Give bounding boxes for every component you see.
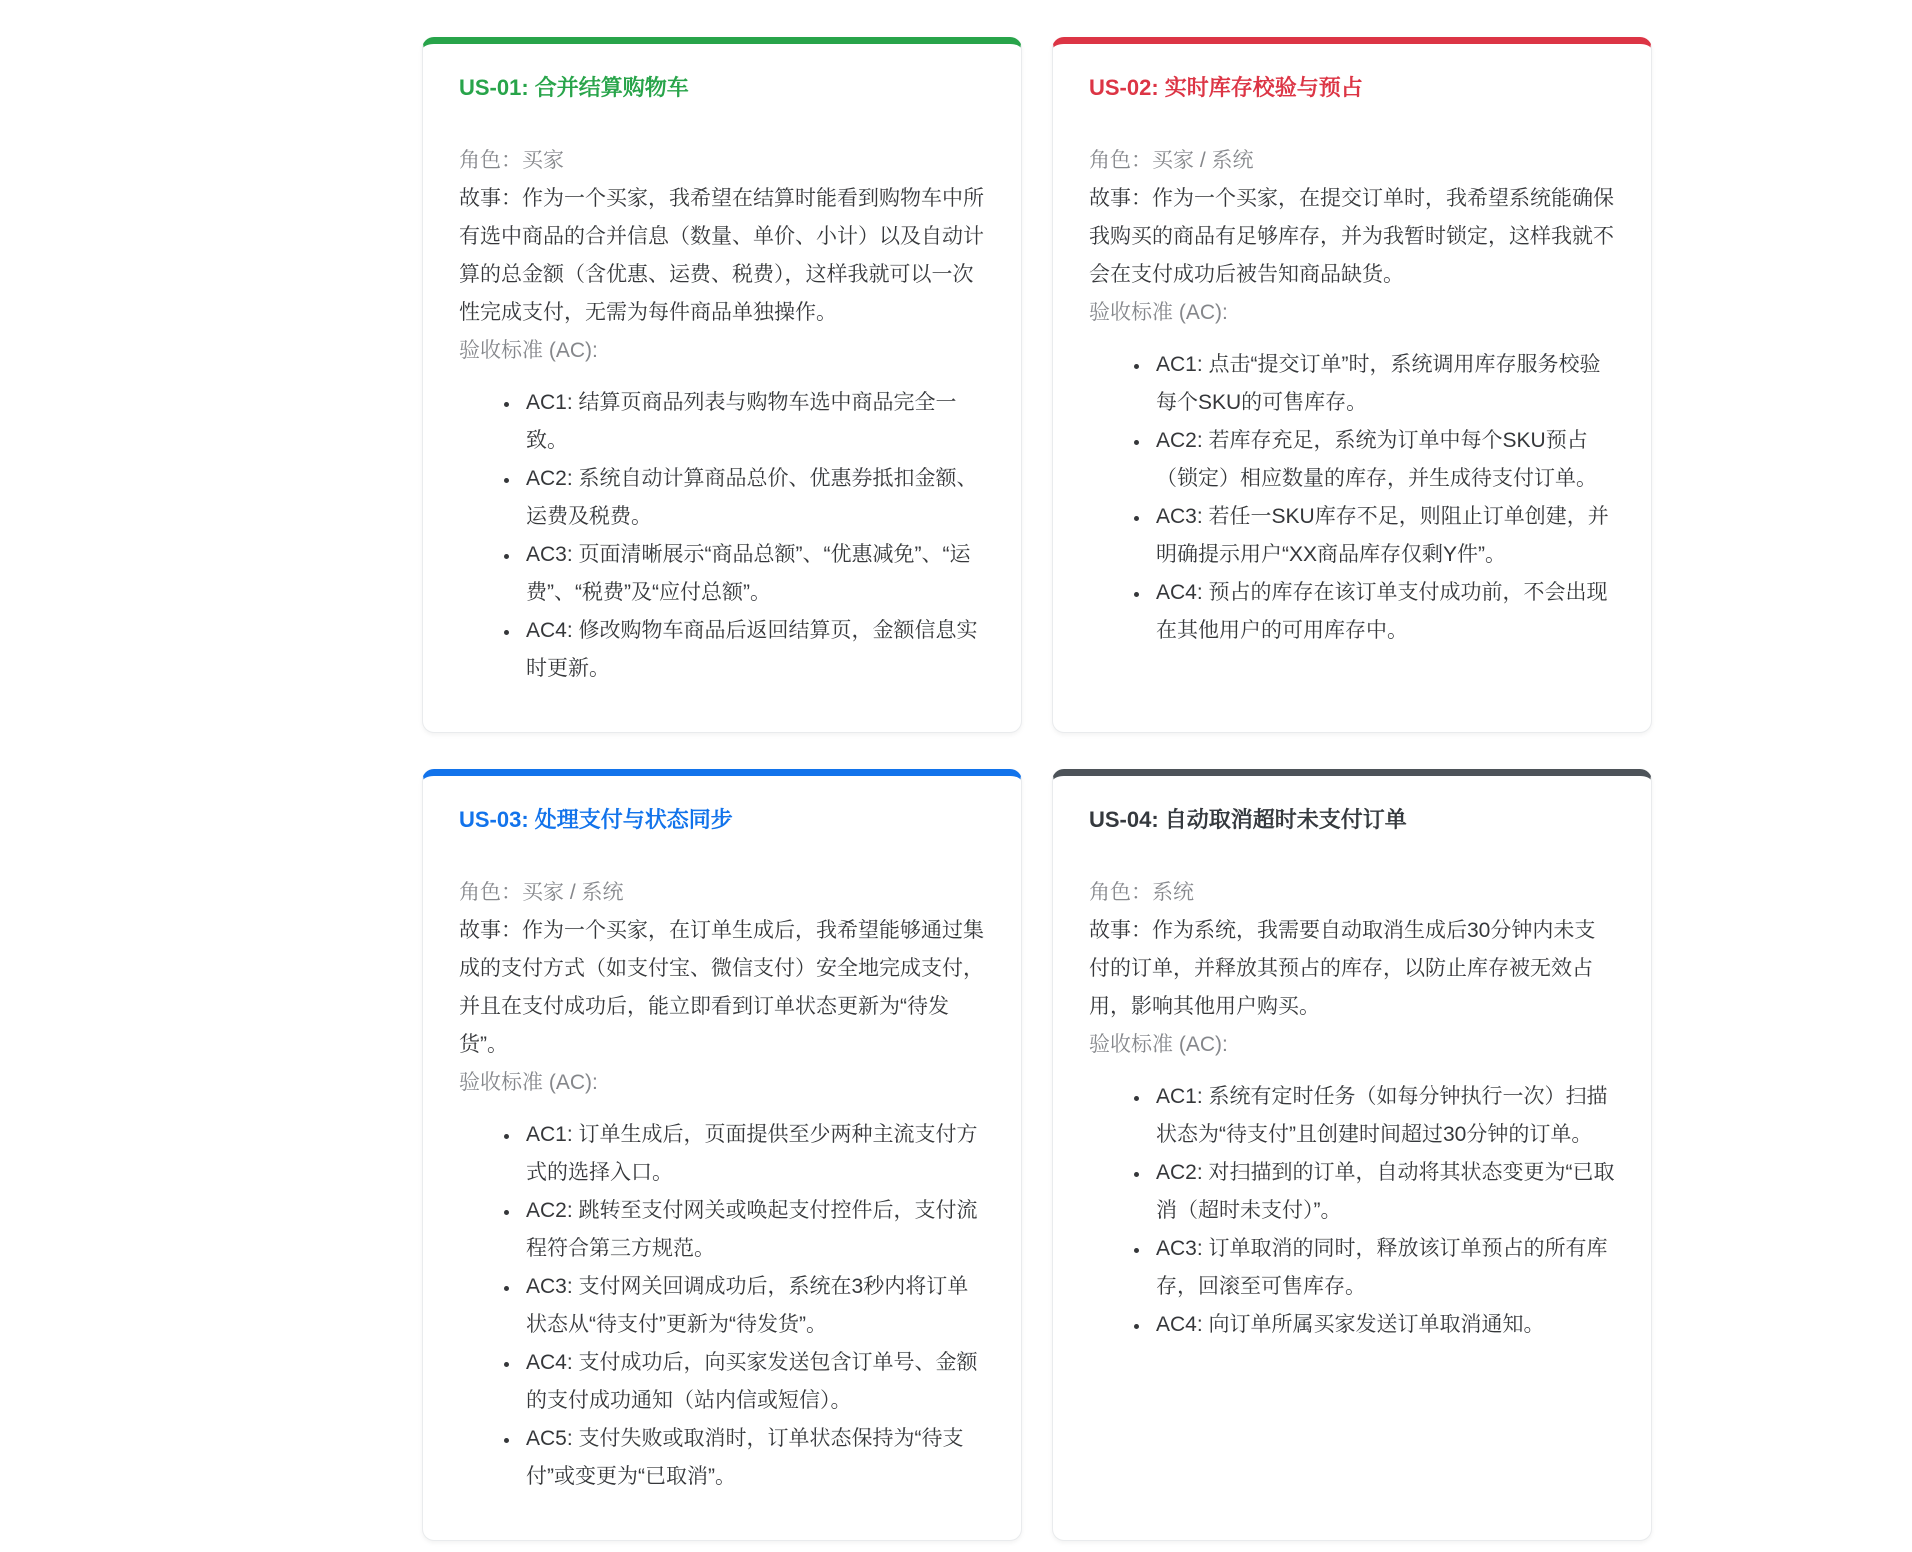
ac-item: AC1: 系统有定时任务（如每分钟执行一次）扫描状态为“待支付”且创建时间超过3… [1151,1078,1615,1154]
story-role: 角色：买家 / 系统 [459,874,985,912]
story-role: 角色：买家 / 系统 [1089,142,1615,180]
story-card-title: US-02: 实时库存校验与预占 [1089,74,1615,102]
ac-item: AC1: 点击“提交订单”时，系统调用库存服务校验每个SKU的可售库存。 [1151,346,1615,422]
ac-item: AC3: 订单取消的同时，释放该订单预占的所有库存，回滚至可售库存。 [1151,1230,1615,1306]
story-role: 角色：买家 [459,142,985,180]
ac-item: AC4: 预占的库存在该订单支付成功前，不会出现在其他用户的可用库存中。 [1151,574,1615,650]
story-role: 角色：系统 [1089,874,1615,912]
ac-item: AC5: 支付失败或取消时，订单状态保持为“待支付”或变更为“已取消”。 [521,1420,985,1496]
story-card-us-04: US-04: 自动取消超时未支付订单 角色：系统 故事：作为系统，我需要自动取消… [1052,769,1652,1541]
ac-item: AC4: 支付成功后，向买家发送包含订单号、金额的支付成功通知（站内信或短信）。 [521,1344,985,1420]
story-card-title: US-03: 处理支付与状态同步 [459,806,985,834]
ac-list: AC1: 订单生成后，页面提供至少两种主流支付方式的选择入口。 AC2: 跳转至… [459,1116,985,1496]
story-text: 故事：作为一个买家，在订单生成后，我希望能够通过集成的支付方式（如支付宝、微信支… [459,912,985,1064]
ac-label: 验收标准 (AC): [459,332,985,370]
ac-list: AC1: 结算页商品列表与购物车选中商品完全一致。 AC2: 系统自动计算商品总… [459,384,985,688]
story-card-grid: US-01: 合并结算购物车 角色：买家 故事：作为一个买家，我希望在结算时能看… [422,37,1674,1541]
ac-item: AC3: 支付网关回调成功后，系统在3秒内将订单状态从“待支付”更新为“待发货”… [521,1268,985,1344]
ac-item: AC1: 订单生成后，页面提供至少两种主流支付方式的选择入口。 [521,1116,985,1192]
story-card-us-01: US-01: 合并结算购物车 角色：买家 故事：作为一个买家，我希望在结算时能看… [422,37,1022,733]
ac-label: 验收标准 (AC): [459,1064,985,1102]
ac-item: AC4: 向订单所属买家发送订单取消通知。 [1151,1306,1615,1344]
ac-item: AC2: 若库存充足，系统为订单中每个SKU预占（锁定）相应数量的库存，并生成待… [1151,422,1615,498]
ac-list: AC1: 系统有定时任务（如每分钟执行一次）扫描状态为“待支付”且创建时间超过3… [1089,1078,1615,1344]
ac-item: AC2: 对扫描到的订单，自动将其状态变更为“已取消（超时未支付）”。 [1151,1154,1615,1230]
story-card-us-02: US-02: 实时库存校验与预占 角色：买家 / 系统 故事：作为一个买家，在提… [1052,37,1652,733]
ac-item: AC3: 若任一SKU库存不足，则阻止订单创建，并明确提示用户“XX商品库存仅剩… [1151,498,1615,574]
ac-item: AC1: 结算页商品列表与购物车选中商品完全一致。 [521,384,985,460]
ac-item: AC2: 跳转至支付网关或唤起支付控件后，支付流程符合第三方规范。 [521,1192,985,1268]
story-text: 故事：作为一个买家，我希望在结算时能看到购物车中所有选中商品的合并信息（数量、单… [459,180,985,332]
story-text: 故事：作为系统，我需要自动取消生成后30分钟内未支付的订单，并释放其预占的库存，… [1089,912,1615,1026]
story-card-title: US-04: 自动取消超时未支付订单 [1089,806,1615,834]
ac-item: AC4: 修改购物车商品后返回结算页，金额信息实时更新。 [521,612,985,688]
user-story-page: US-01: 合并结算购物车 角色：买家 故事：作为一个买家，我希望在结算时能看… [0,0,1912,1552]
story-card-us-03: US-03: 处理支付与状态同步 角色：买家 / 系统 故事：作为一个买家，在订… [422,769,1022,1541]
story-card-title: US-01: 合并结算购物车 [459,74,985,102]
ac-item: AC2: 系统自动计算商品总价、优惠券抵扣金额、运费及税费。 [521,460,985,536]
ac-label: 验收标准 (AC): [1089,1026,1615,1064]
ac-list: AC1: 点击“提交订单”时，系统调用库存服务校验每个SKU的可售库存。 AC2… [1089,346,1615,650]
ac-label: 验收标准 (AC): [1089,294,1615,332]
ac-item: AC3: 页面清晰展示“商品总额”、“优惠减免”、“运费”、“税费”及“应付总额… [521,536,985,612]
story-text: 故事：作为一个买家，在提交订单时，我希望系统能确保我购买的商品有足够库存，并为我… [1089,180,1615,294]
